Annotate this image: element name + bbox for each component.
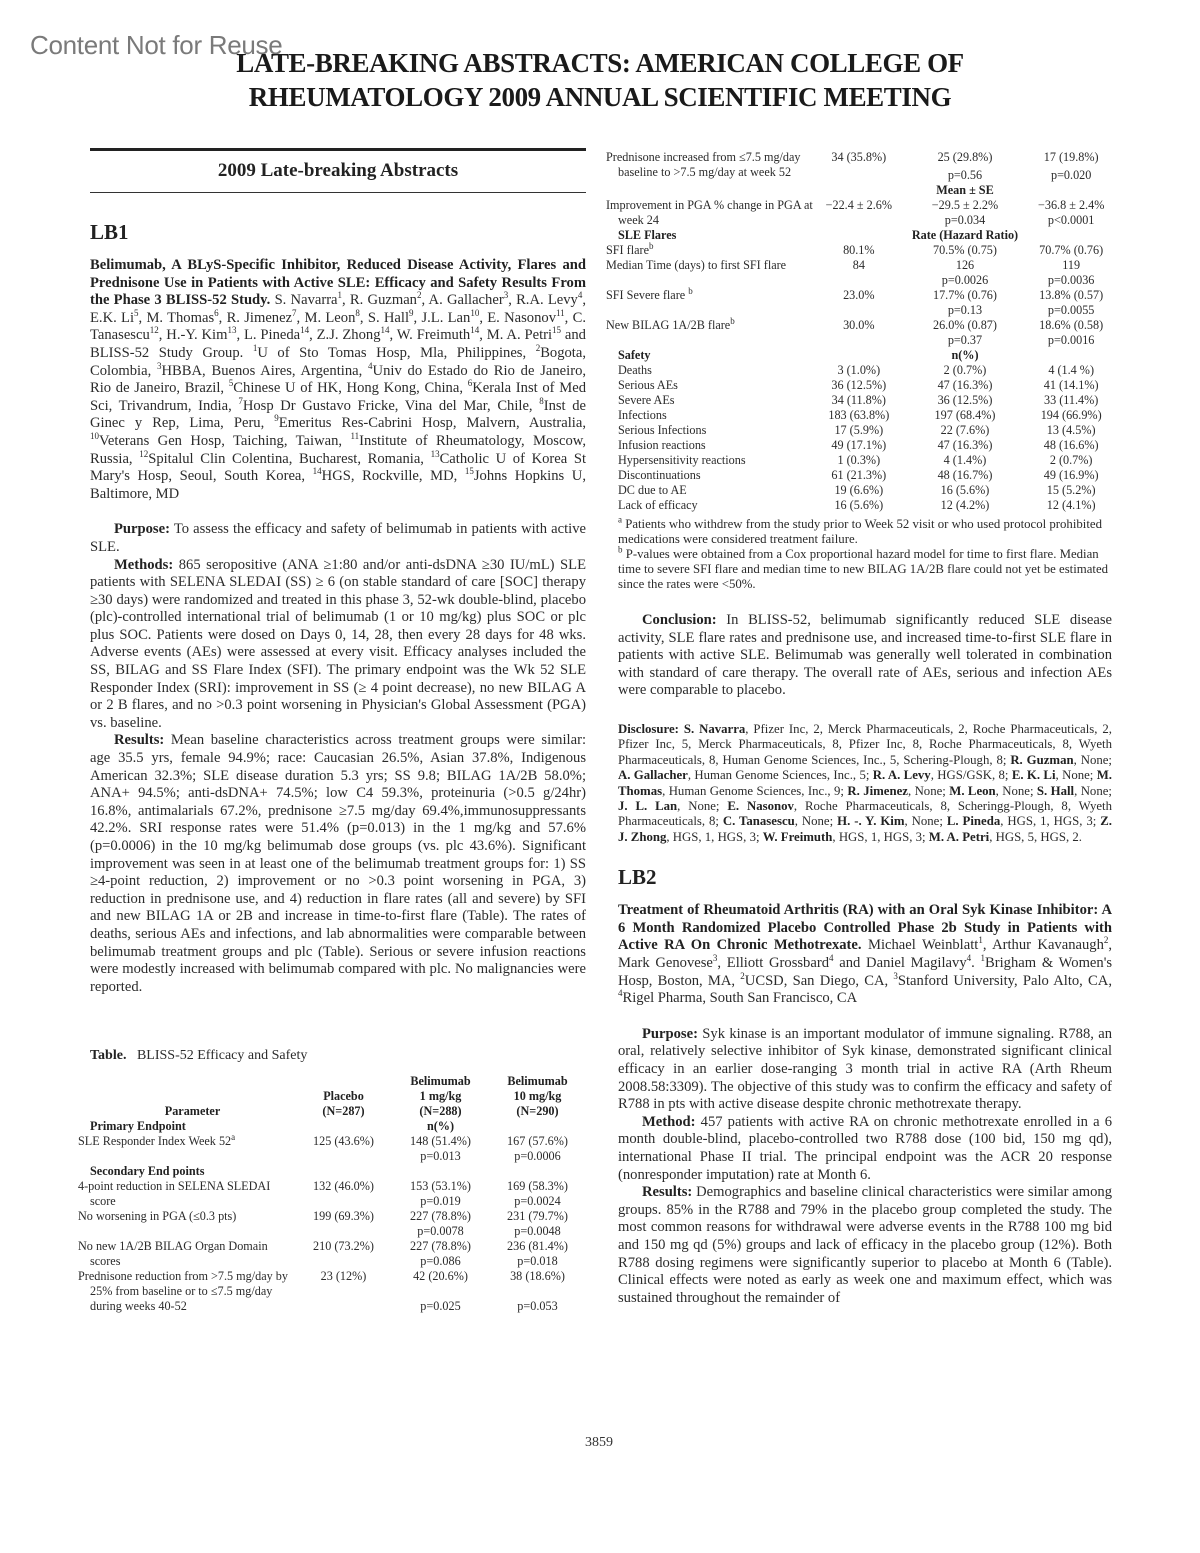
row-parameter: Serious AEs	[618, 378, 818, 393]
author-affiliation-number: 11	[556, 308, 565, 318]
table-group-secondary: Secondary End points	[90, 1164, 586, 1179]
row-parameter: Hypersensitivity reactions	[618, 453, 818, 468]
lb1-purpose: Purpose: To assess the efficacy and safe…	[90, 521, 586, 556]
affiliation-number: 13	[431, 449, 440, 459]
author-affiliation-number: 4	[578, 290, 583, 300]
affiliation-text: Emeritus Res-Cabrini Hosp, Malvern, Aust…	[279, 415, 586, 431]
author-affiliation-number: 7	[292, 308, 297, 318]
author-affiliation-number: 8	[355, 308, 360, 318]
author-name: W. Freimuth	[397, 327, 470, 343]
row-value: 12 (4.2%)	[900, 498, 1031, 513]
disclosure-author: E. K. Li	[1012, 768, 1056, 782]
author-name: R. Guzman	[350, 292, 417, 308]
lb1-methods: Methods: 865 seropositive (ANA ≥1:80 and…	[90, 557, 586, 733]
page-title: LATE-BREAKING ABSTRACTS: AMERICAN COLLEG…	[180, 46, 1020, 114]
table-row: Improvement in PGA % change in PGA at we…	[618, 198, 1112, 213]
disclosure-detail: , HGS/GSK, 8;	[931, 768, 1012, 782]
col-header-belimumab-10: Belimumab10 mg/kg(N=290)	[489, 1074, 586, 1119]
disclosure-author: R. Jimenez	[847, 784, 908, 798]
affiliation-number: 15	[465, 466, 474, 476]
table-caption-label: Table.	[90, 1048, 126, 1063]
row-value: 47 (16.3%)	[900, 378, 1031, 393]
author-name: R.A. Levy	[516, 292, 578, 308]
row-parameter: DC due to AE	[618, 483, 818, 498]
table-row: SLE Responder Index Week 52a 125 (43.6%)…	[90, 1134, 586, 1149]
disclosure-author: A. Gallacher	[618, 768, 688, 782]
lb2-method: Method: 457 patients with active RA on c…	[618, 1114, 1112, 1184]
table-row: Deaths3 (1.0%)2 (0.7%)4 (1.4 %)	[618, 363, 1112, 378]
author-affiliation-number: 14	[381, 326, 390, 336]
row-value: 2 (0.7%)	[900, 363, 1031, 378]
affiliation-text: U of Sto Tomas Hosp, Mla, Philippines,	[257, 345, 526, 361]
table-row: Prednisone increased from ≤7.5 mg/day ba…	[618, 150, 1112, 165]
affiliation-text: Rigel Pharma, South San Francisco, CA	[623, 990, 858, 1006]
author-name: J.L. Lan	[421, 310, 470, 326]
author-affiliation-number: 3	[504, 290, 509, 300]
author-name: Elliott Grossbard	[727, 955, 829, 971]
lb1-affiliations: 1U of Sto Tomas Hosp, Mla, Philippines, …	[90, 345, 586, 502]
table-caption-text: BLISS-52 Efficacy and Safety	[137, 1048, 307, 1063]
disclosure-detail: , None;	[1056, 768, 1097, 782]
author-affiliation-number: 10	[470, 308, 479, 318]
table-group-safety: Safetyn(%)	[618, 348, 1112, 363]
lb1-disclosure: Disclosure: S. Navarra, Pfizer Inc, 2, M…	[618, 722, 1112, 845]
author-name: L. Pineda	[244, 327, 300, 343]
lb1-heading: Belimumab, A BLyS-Specific Inhibitor, Re…	[90, 257, 586, 503]
row-value: 48 (16.6%)	[1030, 438, 1112, 453]
disclosure-author: R. Guzman	[1010, 753, 1073, 767]
table-row-pvalues: p=0.13p=0.0055	[618, 303, 1112, 318]
table-header-row: Parameter Placebo(N=287) Belimumab1 mg/k…	[90, 1074, 586, 1119]
row-value: 4 (1.4 %)	[1030, 363, 1112, 378]
affiliation-text: HBBA, Buenos Aires, Argentina,	[162, 363, 363, 379]
results-text: Mean baseline characteristics across tre…	[90, 732, 586, 994]
author-affiliation-number: 14	[470, 326, 479, 336]
author-affiliation-number: 5	[134, 308, 139, 318]
disclosure-detail: , None;	[677, 799, 727, 813]
disclosure-author: M. Leon	[949, 784, 995, 798]
row-value: 49 (16.9%)	[1030, 468, 1112, 483]
row-parameter: Severe AEs	[618, 393, 818, 408]
row-value: 194 (66.9%)	[1030, 408, 1112, 423]
row-value: 19 (6.6%)	[818, 483, 900, 498]
author-name: E.K. Li	[90, 310, 134, 326]
author-affiliation-number: 15	[552, 326, 561, 336]
conclusion-label: Conclusion:	[642, 612, 717, 628]
section-header: 2009 Late-breaking Abstracts	[90, 151, 586, 192]
table-row: New BILAG 1A/2B flareb 30.0%26.0% (0.87)…	[618, 318, 1112, 333]
purpose-label: Purpose:	[114, 521, 170, 537]
disclosure-author: S. Navarra	[684, 722, 745, 736]
author-name: M. A. Petri	[487, 327, 552, 343]
disclosure-author: C. Tanasescu	[723, 814, 795, 828]
disclosure-detail: , None;	[795, 814, 837, 828]
table-footnote-b: b P-values were obtained from a Cox prop…	[618, 547, 1112, 592]
affiliation-text: Chinese U of HK, Hong Kong, China,	[233, 380, 463, 396]
row-value: 3 (1.0%)	[818, 363, 900, 378]
table-group-mean-se: Mean ± SE	[618, 183, 1112, 198]
page-title-line-2: RHEUMATOLOGY 2009 ANNUAL SCIENTIFIC MEET…	[180, 80, 1020, 114]
disclosure-text: S. Navarra, Pfizer Inc, 2, Merck Pharmac…	[618, 722, 1112, 844]
author-name: S. Navarra	[275, 292, 338, 308]
table-row-pvalues: p=0.0078p=0.0048	[90, 1224, 586, 1239]
row-value: 2 (0.7%)	[1030, 453, 1112, 468]
row-parameter: Deaths	[618, 363, 818, 378]
disclosure-author: H. -. Y. Kim	[837, 814, 904, 828]
table-row: Lack of efficacy16 (5.6%)12 (4.2%)12 (4.…	[618, 498, 1112, 513]
row-value: 22 (7.6%)	[900, 423, 1031, 438]
affiliation-text: Hosp Dr Gustavo Fricke, Vina del Mar, Ch…	[243, 398, 533, 414]
disclosure-detail: , None;	[1074, 753, 1112, 767]
purpose-label: Purpose:	[642, 1026, 698, 1042]
table-row: Infusion reactions49 (17.1%)47 (16.3%)48…	[618, 438, 1112, 453]
page-title-line-1: LATE-BREAKING ABSTRACTS: AMERICAN COLLEG…	[180, 46, 1020, 80]
results-label: Results:	[642, 1184, 692, 1200]
author-affiliation-number: 2	[1104, 936, 1109, 946]
author-name: Daniel Magilavy	[866, 955, 967, 971]
affiliation-number: 10	[90, 431, 99, 441]
disclosure-author: R. A. Levy	[873, 768, 931, 782]
col-header-belimumab-1: Belimumab1 mg/kg(N=288)	[392, 1074, 489, 1119]
table-row-pvalues: p=0.013p=0.0006	[90, 1149, 586, 1164]
table-caption: Table. BLISS-52 Efficacy and Safety	[90, 1048, 586, 1064]
row-value: 48 (16.7%)	[900, 468, 1031, 483]
disclosure-author: E. Nasonov	[727, 799, 794, 813]
affiliation-text: Veterans Gen Hosp, Taiching, Taiwan,	[99, 433, 342, 449]
col-header-parameter: Parameter	[90, 1074, 295, 1119]
disclosure-author: M. A. Petri	[929, 830, 989, 844]
disclosure-detail: , None;	[1074, 784, 1112, 798]
table-row: Median Time (days) to first SFI flare 84…	[618, 258, 1112, 273]
table-row: SFI Severe flare b 23.0%17.7% (0.76)13.8…	[618, 288, 1112, 303]
row-value: 1 (0.3%)	[818, 453, 900, 468]
author-affiliation-number: 12	[150, 326, 159, 336]
affiliation-text: UCSD, San Diego, CA,	[745, 973, 888, 989]
lb1-results: Results: Mean baseline characteristics a…	[90, 732, 586, 996]
row-value: 13 (4.5%)	[1030, 423, 1112, 438]
author-affiliation-number: 1	[338, 290, 343, 300]
author-name: Z.J. Zhong	[317, 327, 381, 343]
author-name: M. Leon	[304, 310, 355, 326]
author-affiliation-number: 14	[300, 326, 309, 336]
author-name: A. Gallacher	[429, 292, 504, 308]
table-row: No worsening in PGA (≤0.3 pts) 199 (69.3…	[90, 1209, 586, 1224]
disclosure-detail: , HGS, 1, HGS, 3;	[1000, 814, 1100, 828]
row-value: 49 (17.1%)	[818, 438, 900, 453]
disclosure-detail: , Human Genome Sciences, Inc., 5;	[688, 768, 873, 782]
disclosure-author: L. Pineda	[947, 814, 1000, 828]
row-parameter: Serious Infections	[618, 423, 818, 438]
results-label: Results:	[114, 732, 164, 748]
table-group-primary: Primary Endpointn(%)	[90, 1119, 586, 1134]
table-footnote-a: a Patients who withdrew from the study p…	[618, 517, 1112, 547]
author-affiliation-number: 9	[409, 308, 414, 318]
table-row: Hypersensitivity reactions1 (0.3%)4 (1.4…	[618, 453, 1112, 468]
author-name: Michael Weinblatt	[868, 937, 978, 953]
efficacy-table-part1: Parameter Placebo(N=287) Belimumab1 mg/k…	[90, 1074, 586, 1314]
table-row: DC due to AE19 (6.6%)16 (5.6%)15 (5.2%)	[618, 483, 1112, 498]
lb2-purpose: Purpose: Syk kinase is an important modu…	[618, 1026, 1112, 1114]
table-row: Serious Infections17 (5.9%)22 (7.6%)13 (…	[618, 423, 1112, 438]
table-row: Infections183 (63.8%)197 (68.4%)194 (66.…	[618, 408, 1112, 423]
row-value: 16 (5.6%)	[900, 483, 1031, 498]
disclosure-detail: , HGS, 5, HGS, 2.	[989, 830, 1082, 844]
results-text: Demographics and baseline clinical chara…	[618, 1184, 1112, 1306]
author-name: M. Thomas	[146, 310, 214, 326]
right-column: Prednisone increased from ≤7.5 mg/day ba…	[618, 150, 1112, 1307]
table-row: No new 1A/2B BILAG Organ Domain scores 2…	[90, 1239, 586, 1254]
table-row: Severe AEs34 (11.8%)36 (12.5%)33 (11.4%)	[618, 393, 1112, 408]
disclosure-detail: , None;	[905, 814, 947, 828]
author-affiliation-number: 6	[214, 308, 219, 318]
author-name: S. Hall	[368, 310, 409, 326]
disclosure-author: W. Freimuth	[763, 830, 833, 844]
row-value: 61 (21.3%)	[818, 468, 900, 483]
affiliation-number: 12	[139, 449, 148, 459]
row-value: 17 (5.9%)	[818, 423, 900, 438]
row-value: 4 (1.4%)	[900, 453, 1031, 468]
row-value: 16 (5.6%)	[818, 498, 900, 513]
row-value: 15 (5.2%)	[1030, 483, 1112, 498]
lb1-conclusion: Conclusion: In BLISS-52, belimumab signi…	[618, 612, 1112, 700]
author-name: Arthur Kavanaugh	[992, 937, 1104, 953]
lb2-results: Results: Demographics and baseline clini…	[618, 1184, 1112, 1307]
row-parameter: Lack of efficacy	[618, 498, 818, 513]
row-parameter: Infections	[618, 408, 818, 423]
row-value: 36 (12.5%)	[900, 393, 1031, 408]
col-header-placebo: Placebo(N=287)	[295, 1074, 392, 1119]
affiliation-text: Spitalul Clin Colentina, Bucharest, Roma…	[148, 451, 424, 467]
method-label: Method:	[642, 1114, 696, 1130]
author-name: H.-Y. Kim	[166, 327, 227, 343]
abstract-id-lb2: LB2	[618, 865, 1112, 890]
author-name: Mark Genovese	[618, 955, 713, 971]
table-row: Serious AEs36 (12.5%)47 (16.3%)41 (14.1%…	[618, 378, 1112, 393]
author-affiliation-number: 4	[967, 953, 972, 963]
efficacy-table-part2: Prednisone increased from ≤7.5 mg/day ba…	[618, 150, 1112, 513]
affiliation-text: HGS, Rockville, MD,	[322, 468, 458, 484]
row-value: 41 (14.1%)	[1030, 378, 1112, 393]
disclosure-detail: , HGS, 1, HGS, 3;	[832, 830, 928, 844]
lb2-heading: Treatment of Rheumatoid Arthritis (RA) w…	[618, 902, 1112, 1008]
disclosure-detail: , None;	[996, 784, 1037, 798]
author-affiliation-number: 13	[227, 326, 236, 336]
table-row: Prednisone reduction from >7.5 mg/day by…	[90, 1269, 586, 1284]
author-affiliation-number: 1	[978, 936, 983, 946]
methods-label: Methods:	[114, 557, 173, 573]
author-name: R. Jimenez	[227, 310, 292, 326]
row-value: 183 (63.8%)	[818, 408, 900, 423]
author-affiliation-number: 3	[713, 953, 718, 963]
row-parameter: Discontinuations	[618, 468, 818, 483]
table-group-flares: SLE FlaresRate (Hazard Ratio)	[618, 228, 1112, 243]
row-value: 12 (4.1%)	[1030, 498, 1112, 513]
safety-rows: Deaths3 (1.0%)2 (0.7%)4 (1.4 %)Serious A…	[618, 363, 1112, 513]
author-affiliation-number: 4	[829, 953, 834, 963]
row-parameter: Infusion reactions	[618, 438, 818, 453]
author-name: E. Nasonov	[487, 310, 556, 326]
left-column: 2009 Late-breaking Abstracts LB1 Belimum…	[90, 148, 586, 1314]
affiliation-number: 11	[350, 431, 359, 441]
author-affiliation-number: 2	[417, 290, 422, 300]
table-row: SFI flareb 80.1%70.5% (0.75)70.7% (0.76)	[618, 243, 1112, 258]
disclosure-detail: , Human Genome Sciences, Inc., 9;	[662, 784, 847, 798]
affiliation-number: 14	[313, 466, 322, 476]
table-row-pvalues: p=0.37p=0.0016	[618, 333, 1112, 348]
abstract-id-lb1: LB1	[90, 220, 586, 245]
table-row: Discontinuations61 (21.3%)48 (16.7%)49 (…	[618, 468, 1112, 483]
table-row: 4-point reduction in SELENA SLEDAI score…	[90, 1179, 586, 1194]
disclosure-label: Disclosure:	[618, 722, 679, 736]
row-value: 36 (12.5%)	[818, 378, 900, 393]
row-value: 33 (11.4%)	[1030, 393, 1112, 408]
disclosure-author: S. Hall	[1037, 784, 1074, 798]
disclosure-author: J. L. Lan	[618, 799, 677, 813]
affiliation-text: Stanford University, Palo Alto, CA,	[898, 973, 1112, 989]
page-number: 3859	[585, 1435, 613, 1451]
methods-text: 865 seropositive (ANA ≥1:80 and/or anti-…	[90, 557, 586, 731]
row-value: 47 (16.3%)	[900, 438, 1031, 453]
section-rule-bottom	[90, 192, 586, 193]
row-value: 34 (11.8%)	[818, 393, 900, 408]
row-value: 197 (68.4%)	[900, 408, 1031, 423]
disclosure-detail: , HGS, 1, HGS, 3;	[666, 830, 762, 844]
disclosure-detail: , None;	[908, 784, 949, 798]
